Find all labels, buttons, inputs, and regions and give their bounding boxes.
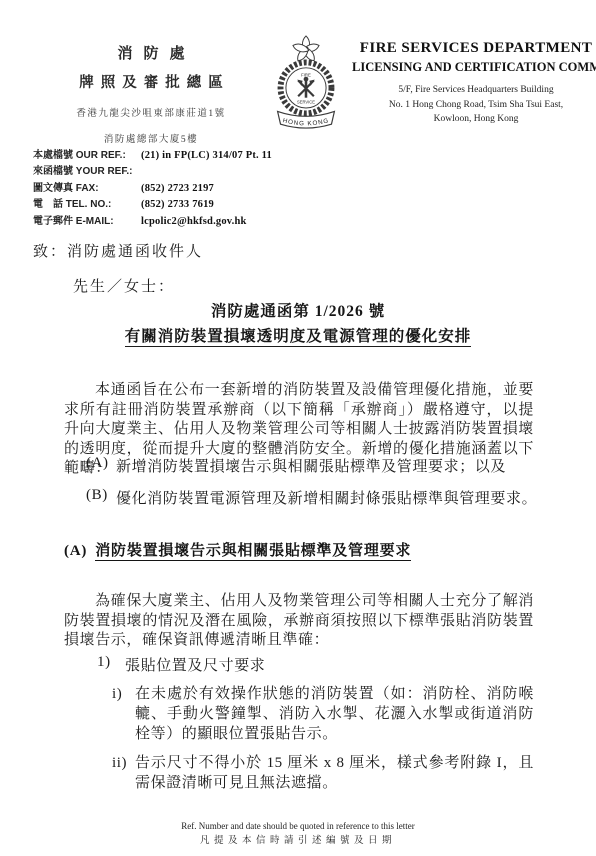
ref-row-fax: 圖文傳真 FAX: (852) 2723 2197: [33, 179, 272, 195]
section-marker: (A): [64, 543, 87, 559]
section-heading-text: 消防裝置損壞告示與相關張貼標準及管理要求: [95, 543, 411, 561]
ref-value: (21) in FP(LC) 314/07 Pt. 11: [141, 150, 272, 161]
ref-label: 電子郵件 E-MAIL:: [33, 212, 141, 227]
list-marker: ii): [112, 754, 135, 794]
list-heading: 張貼位置及尺寸要求: [125, 654, 265, 675]
ref-label: 電 話 TEL. NO.:: [33, 195, 141, 210]
list-text: 在未處於有效操作狀態的消防裝置（如：消防栓、消防喉轆、手動火警鐘掣、消防入水掣、…: [135, 685, 534, 744]
sub-item-ii: ii) 告示尺寸不得小於 15 厘米 x 8 厘米，樣式參考附錄 I，且需保證清…: [112, 754, 534, 794]
numbered-item-1: 1) 張貼位置及尺寸要求: [97, 654, 265, 675]
letter-page: 消防處 牌照及審批總區 香港九龍尖沙咀東部康莊道1號 消防處總部大廈5樓: [0, 0, 596, 856]
address-english-line1: 5/F, Fire Services Headquarters Building: [352, 83, 596, 98]
circular-title: 消防處通函第 1/2026 號 有關消防裝置損壞透明度及電源管理的優化安排: [0, 299, 596, 349]
footer-english: Ref. Number and date should be quoted in…: [0, 821, 596, 831]
list-marker: (A): [86, 455, 116, 476]
letterhead-english: FIRE SERVICES DEPARTMENT LICENSING AND C…: [352, 40, 596, 127]
department-name-english: FIRE SERVICES DEPARTMENT: [352, 40, 596, 57]
circular-number: 消防處通函第 1/2026 號: [0, 299, 596, 324]
ref-label: 本處檔號 OUR REF.:: [33, 146, 141, 161]
address-chinese-line1: 香港九龍尖沙咀東部康莊道1號: [55, 105, 247, 119]
address-english-line3: Kowloon, Hong Kong: [352, 112, 596, 127]
ref-value: (852) 2723 2197: [141, 183, 214, 194]
ref-row-our-ref: 本處檔號 OUR REF.: (21) in FP(LC) 314/07 Pt.…: [33, 146, 272, 162]
fsd-badge-icon: FIRE SERVICE HONG KONG: [268, 34, 344, 132]
ref-value: lcpolic2@hkfsd.gov.hk: [141, 216, 247, 227]
list-text: 新增消防裝置損壞告示與相關張貼標準及管理要求；以及: [116, 455, 506, 476]
fsd-badge-svg: FIRE SERVICE HONG KONG: [268, 34, 344, 132]
list-marker: 1): [97, 654, 125, 675]
ref-row-tel: 電 話 TEL. NO.: (852) 2733 7619: [33, 195, 272, 211]
page-footer: Ref. Number and date should be quoted in…: [0, 821, 596, 846]
ref-label: 圖文傳真 FAX:: [33, 179, 141, 194]
scope-item-b: (B) 優化消防裝置電源管理及新增相關封條張貼標準與管理要求。: [86, 487, 546, 508]
list-marker: (B): [86, 487, 116, 508]
ref-row-email: 電子郵件 E-MAIL: lcpolic2@hkfsd.gov.hk: [33, 212, 272, 228]
letterhead-chinese: 消防處 牌照及審批總區 香港九龍尖沙咀東部康莊道1號 消防處總部大廈5樓: [55, 42, 247, 145]
list-marker: i): [112, 685, 135, 744]
address-english-line2: No. 1 Hong Chong Road, Tsim Sha Tsui Eas…: [352, 98, 596, 113]
list-text: 告示尺寸不得小於 15 厘米 x 8 厘米，樣式參考附錄 I，且需保證清晰可見且…: [135, 754, 534, 794]
section-a-heading: (A)消防裝置損壞告示與相關張貼標準及管理要求: [64, 539, 411, 560]
division-name-english: LICENSING AND CERTIFICATION COMMAND: [352, 60, 596, 75]
list-text: 優化消防裝置電源管理及新增相關封條張貼標準與管理要求。: [116, 487, 537, 508]
ref-value: (852) 2733 7619: [141, 199, 214, 210]
ref-row-your-ref: 來函檔號 YOUR REF.:: [33, 162, 272, 178]
body-paragraph-2: 為確保大廈業主、佔用人及物業管理公司等相關人士充分了解消防裝置損壞的情況及潛在風…: [64, 592, 534, 651]
address-chinese-line2: 消防處總部大廈5樓: [55, 131, 247, 145]
department-name-chinese: 消防處: [55, 42, 247, 63]
addressee-line: 致：消防處通函收件人: [33, 240, 203, 261]
scope-item-a: (A) 新增消防裝置損壞告示與相關張貼標準及管理要求；以及: [86, 455, 546, 476]
division-name-chinese: 牌照及審批總區: [55, 71, 247, 92]
reference-block: 本處檔號 OUR REF.: (21) in FP(LC) 314/07 Pt.…: [33, 146, 272, 228]
ref-label: 來函檔號 YOUR REF.:: [33, 162, 141, 177]
badge-word-bottom: SERVICE: [297, 100, 315, 105]
badge-word-top: FIRE: [301, 73, 311, 78]
footer-chinese: 凡提及本信時請引述編號及日期: [0, 832, 596, 846]
circular-subject: 有關消防裝置損壞透明度及電源管理的優化安排: [0, 324, 596, 349]
sub-item-i: i) 在未處於有效操作狀態的消防裝置（如：消防栓、消防喉轆、手動火警鐘掣、消防入…: [112, 685, 534, 744]
greeting-line: 先生／女士：: [73, 275, 175, 296]
